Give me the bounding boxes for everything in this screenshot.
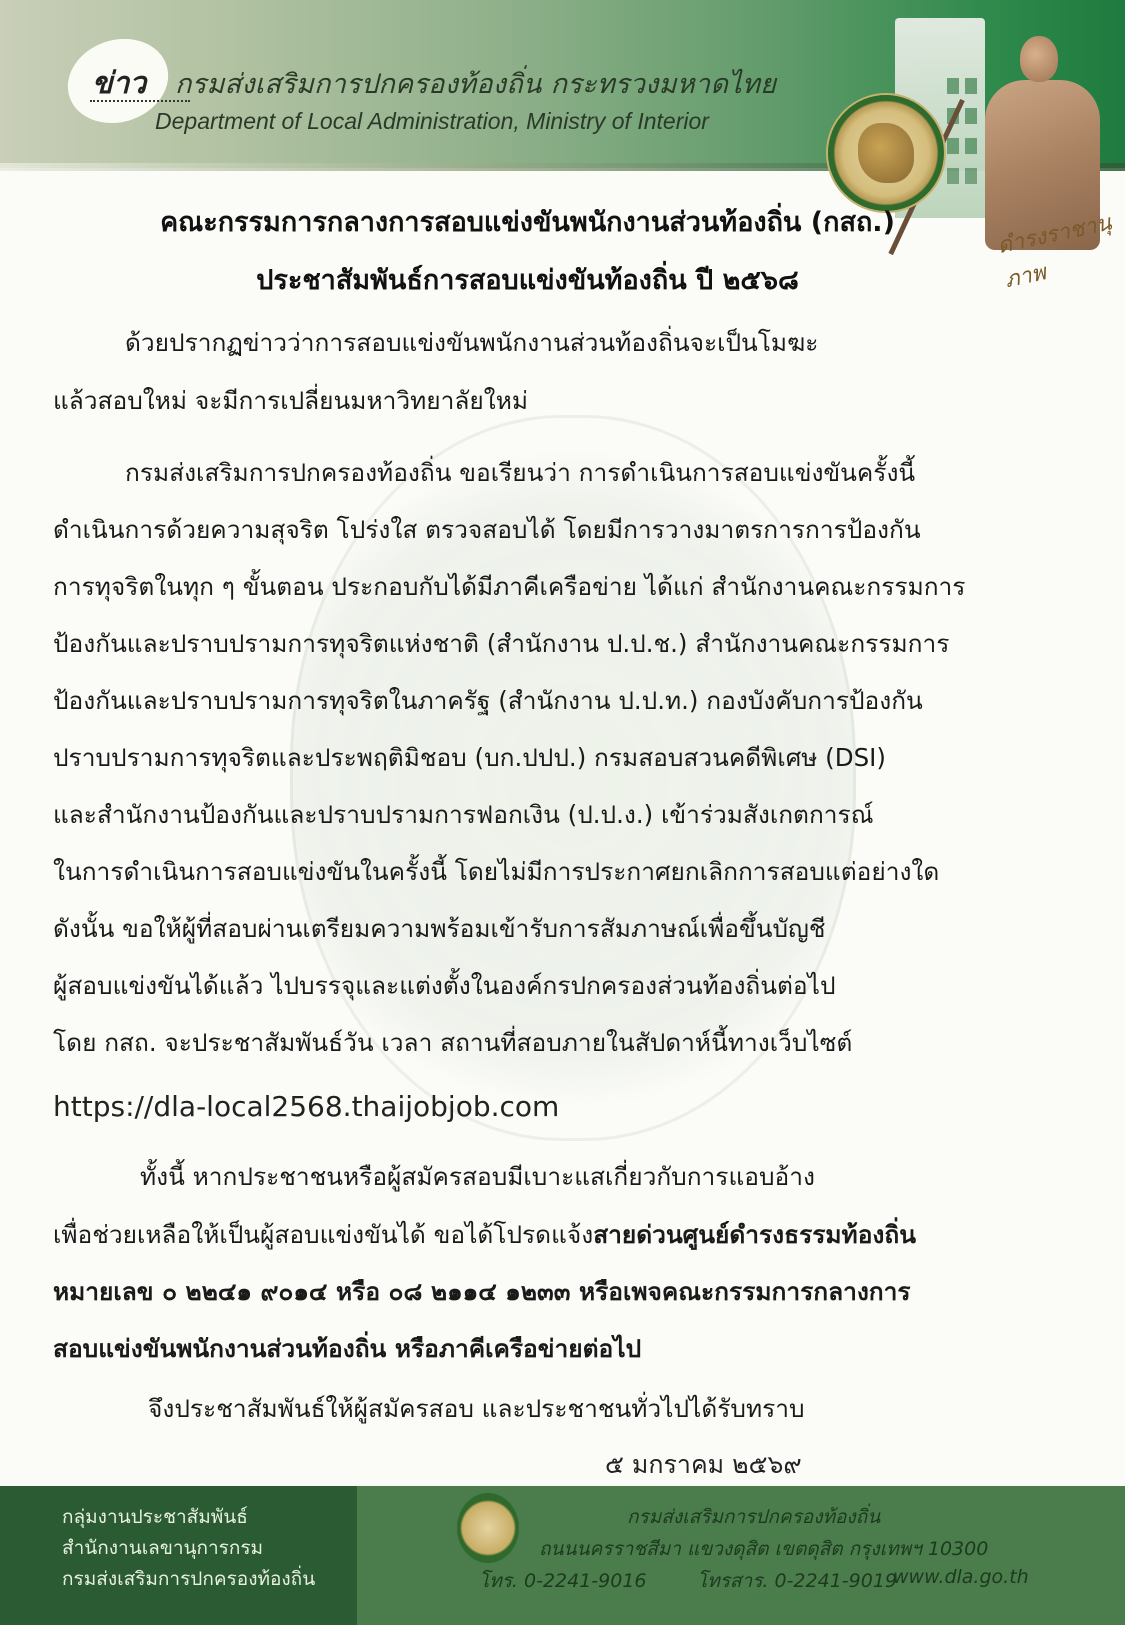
para2-line: และสำนักงานป้องกันและปราบปรามการฟอกเงิน … [53, 798, 1053, 832]
hotline-label: สายด่วนศูนย์ดำรงธรรมท้องถิ่น [593, 1220, 916, 1249]
para3-line: สอบแข่งขันพนักงานส่วนท้องถิ่น หรือภาคีเค… [53, 1332, 1053, 1366]
registration-url-link[interactable]: https://dla-local2568.thaijobjob.com [53, 1090, 1053, 1124]
para2-line: ปราบปรามการทุจริตและประพฤติมิชอบ (บก.ปปป… [53, 741, 1053, 775]
lion-emblem-icon [858, 123, 914, 183]
hotline-numbers: หมายเลข ๐ ๒๒๔๑ ๙๐๑๔ หรือ ๐๘ ๒๑๑๔ ๑๒๓๓ หร… [53, 1275, 1053, 1309]
footer-address: ถนนนครราชสีมา แขวงดุสิต เขตดุสิต กรุงเทพ… [539, 1534, 988, 1564]
closing-line: จึงประชาสัมพันธ์ให้ผู้สมัครสอบ และประชาช… [148, 1392, 1125, 1426]
announcement-date: ๕ มกราคม ๒๕๖๙ [605, 1445, 802, 1485]
para2-line: ผู้สอบแข่งขันได้แล้ว ไปบรรจุและแต่งตั้งใ… [53, 969, 1053, 1003]
title-line-2: ประชาสัมพันธ์การสอบแข่งขันท้องถิ่น ปี ๒๕… [0, 258, 1090, 301]
footer-left-panel: กลุ่มงานประชาสัมพันธ์ สำนักงานเลขานุการก… [0, 1486, 357, 1625]
para3-line: ทั้งนี้ หากประชาชนหรือผู้สมัครสอบมีเบาะแ… [140, 1160, 1125, 1194]
footer-website-link[interactable]: www.dla.go.th [893, 1566, 1029, 1588]
footer-seal-icon [457, 1493, 519, 1563]
para2-line: ดังนั้น ขอให้ผู้ที่สอบผ่านเตรียมความพร้อ… [53, 912, 1053, 946]
org-name-thai: กรมส่งเสริมการปกครองท้องถิ่น กระทรวงมหาด… [175, 62, 776, 105]
para2-line: กรมส่งเสริมการปกครองท้องถิ่น ขอเรียนว่า … [125, 456, 1125, 490]
para2-line: การทุจริตในทุก ๆ ขั้นตอน ประกอบกับได้มีภ… [53, 570, 1053, 604]
para2-line: ดำเนินการด้วยความสุจริต โปร่งใส ตรวจสอบไ… [53, 513, 1053, 547]
footer-fax: โทรสาร. 0-2241-9019 [697, 1566, 897, 1596]
statue-head [1020, 36, 1058, 82]
para3-plain: เพื่อช่วยเหลือให้เป็นผู้สอบแข่งขันได้ ขอ… [53, 1220, 593, 1249]
footer-phone: โทร. 0-2241-9016 [479, 1566, 647, 1596]
para2-line: ป้องกันและปราบปรามการทุจริตแห่งชาติ (สำน… [53, 627, 1053, 661]
para2-line: ป้องกันและปราบปรามการทุจริตในภาครัฐ (สำน… [53, 684, 1053, 718]
para1-line: แล้วสอบใหม่ จะมีการเปลี่ยนมหาวิทยาลัยใหม… [53, 384, 1053, 418]
footer-unit: กลุ่มงานประชาสัมพันธ์ [62, 1502, 248, 1532]
para1-line: ด้วยปรากฏข่าวว่าการสอบแข่งขันพนักงานส่วน… [125, 326, 1125, 360]
footer-office: สำนักงานเลขานุการกรม [62, 1533, 263, 1563]
title-line-1: คณะกรรมการกลางการสอบแข่งขันพนักงานส่วนท้… [0, 200, 1090, 243]
footer-org: กรมส่งเสริมการปกครองท้องถิ่น [627, 1502, 880, 1532]
para2-line: ในการดำเนินการสอบแข่งขันในครั้งนี้ โดยไม… [53, 855, 1053, 889]
org-name-english: Department of Local Administration, Mini… [155, 108, 709, 135]
para3-line: เพื่อช่วยเหลือให้เป็นผู้สอบแข่งขันได้ ขอ… [53, 1218, 1053, 1252]
footer-department: กรมส่งเสริมการปกครองท้องถิ่น [62, 1564, 315, 1594]
dla-seal-icon [828, 95, 944, 211]
para2-line: โดย กสถ. จะประชาสัมพันธ์วัน เวลา สถานที่… [53, 1026, 1053, 1060]
